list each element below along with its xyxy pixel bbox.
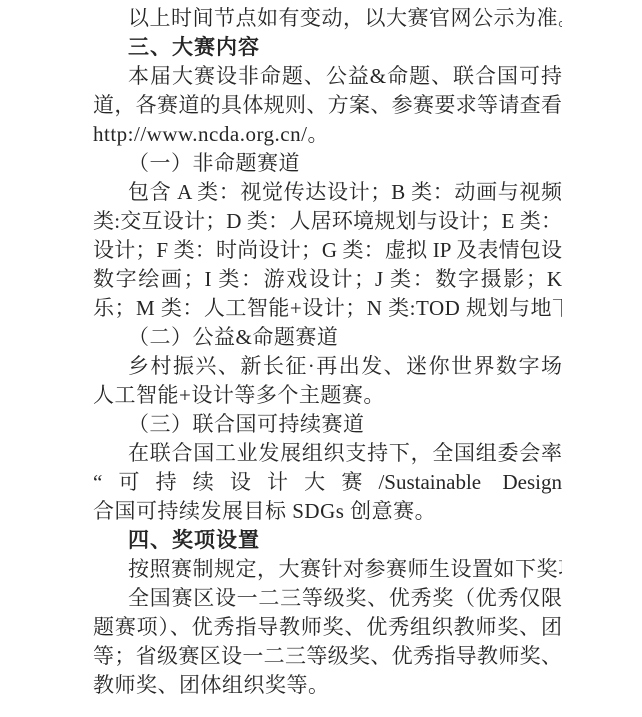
text-line: 包含 A 类：视觉传达设计；B 类：动画与视频设计；C [93,178,562,207]
text-line: http://www.ncda.org.cn/。 [93,120,562,149]
text-line: 题赛项）、优秀指导教师奖、优秀组织教师奖、团体组织奖 [93,613,562,642]
text-line: 四、奖项设置 [93,526,562,555]
text-line: 数字绘画；I 类：游戏设计；J 类：数字摄影；K 类：数字音 [93,265,562,294]
text-line: 按照赛制规定，大赛针对参赛师生设置如下奖项: [93,555,562,584]
text-line: 在联合国工业发展组织支持下，全国组委会率先设立 [93,439,562,468]
text-line: 全国赛区设一二三等级奖、优秀奖（优秀仅限公益&命 [93,584,562,613]
text-line: 等；省级赛区设一二三等级奖、优秀指导教师奖、优秀组织 [93,642,562,671]
text-line: 人工智能+设计等多个主题赛。 [93,381,562,410]
text-line: （三）联合国可持续赛道 [93,410,562,439]
text-line: “可持续设计大赛/Sustainable Design Contest,SDC”… [93,468,562,497]
text-line: 以上时间节点如有变动，以大赛官网公示为准。 [93,4,562,33]
document-body: 以上时间节点如有变动，以大赛官网公示为准。三、大赛内容本届大赛设非命题、公益&命… [93,4,562,700]
text-line: （二）公益&命题赛道 [93,323,562,352]
text-line: （一）非命题赛道 [93,149,562,178]
text-line: 乐；M 类：人工智能+设计；N 类:TOD 规划与地下空间设计。 [93,294,562,323]
text-line: 本届大赛设非命题、公益&命题、联合国可持续三大赛 [93,62,562,91]
document-page: 以上时间节点如有变动，以大赛官网公示为准。三、大赛内容本届大赛设非命题、公益&命… [0,0,642,717]
text-line: 三、大赛内容 [93,33,562,62]
text-line: 乡村振兴、新长征·再出发、迷你世界数字场景、百度 [93,352,562,381]
text-line: 设计；F 类：时尚设计；G 类：虚拟 IP 及表情包设计；H 类: [93,236,562,265]
text-line: 道，各赛道的具体规则、方案、参赛要求等请查看大赛官网: [93,91,562,120]
text-line: 教师奖、团体组织奖等。 [93,671,562,700]
text-line: 合国可持续发展目标 SDGs 创意赛。 [93,497,562,526]
text-line: 类:交互设计；D 类：人居环境规划与设计；E 类：工业产品 [93,207,562,236]
